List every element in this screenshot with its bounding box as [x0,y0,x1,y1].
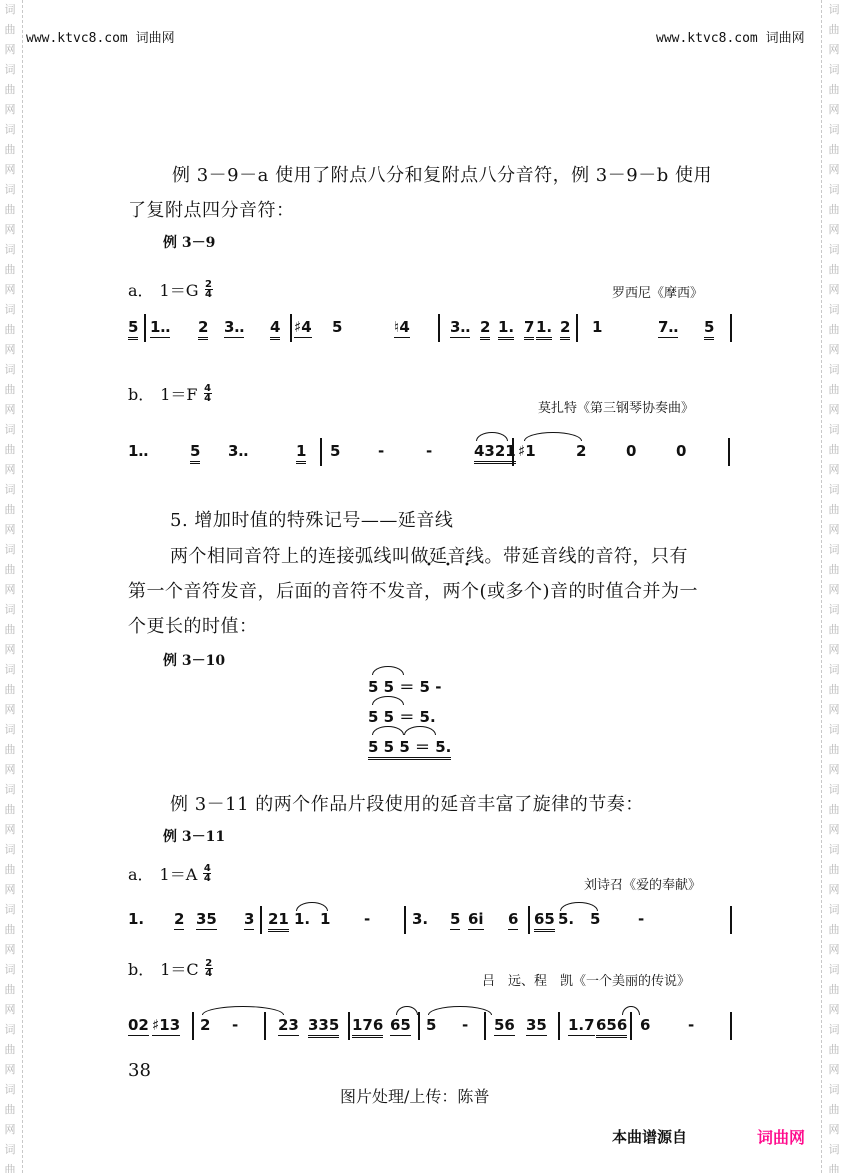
watermark-chars: 词曲网 [824,900,844,960]
note: 3 [244,910,254,930]
intro-paragraph-line2: 了复附点四分音符： [128,196,295,222]
watermark-chars: 词曲网 [824,120,844,180]
note: - [426,442,432,460]
note: 5 [330,442,340,460]
watermark-chars: 词曲网 [0,1080,20,1140]
page-number: 38 [128,1060,151,1081]
note: 3‥ [228,442,248,460]
note: 35 [196,910,217,930]
note: 65 [534,910,555,932]
watermark-chars: 词曲网 [0,780,20,840]
barline [320,438,322,466]
ex311a-prefix: a． [128,862,154,885]
tie-arc [476,432,508,441]
watermark-chars: 词曲网 [824,360,844,420]
barline [484,1012,486,1040]
note: 3. [412,910,428,928]
barline [528,906,530,934]
ex311b-composer: 吕 远、程 凯《一个美丽的传说》 [482,970,690,989]
right-watermark-strip: 词曲网 词曲网 词曲网 词曲网 词曲网 词曲网 词曲网 词曲网 词曲网 词曲网 … [824,0,844,1173]
example-3-11-intro: 例 3－11 的两个作品片段使用的延音丰富了旋律的节奏： [170,790,644,816]
note: 5 [190,442,200,464]
barline [630,1012,632,1040]
watermark-chars: 词曲网 [0,1020,20,1080]
barline [512,438,514,466]
note: 3‥ [224,318,244,338]
ex39a-time-signature: 24 [205,280,213,299]
ex39a-score-line: 5 1‥ 2 3‥ 4 ♯4 5 ♮4 3‥ 2 1. 7 1. 2 1 7‥ … [128,314,732,348]
barline [290,314,292,342]
watermark-chars: 词曲网 [824,660,844,720]
watermark-chars: 词曲网 [824,840,844,900]
note: ♮4 [394,318,410,338]
note: - [364,910,370,928]
note: - [688,1016,694,1034]
watermark-chars: 词曲 [0,1140,20,1173]
ex310-row-3: 5 5 5 ＝ 5. [368,736,451,760]
watermark-chars: 词曲网 [824,480,844,540]
watermark-chars: 词曲网 [824,180,844,240]
note: 56 [494,1016,515,1036]
watermark-chars: 词曲网 [0,300,20,360]
note: 2 [174,910,184,930]
note: 5 [450,910,460,930]
watermark-chars: 词曲网 [824,540,844,600]
barline [728,438,730,466]
watermark-chars: 词曲 [824,1140,844,1173]
ex311b-key: 1＝C [160,957,198,980]
tie-arc [404,726,436,735]
note: 1 [592,318,602,336]
ex39a-prefix: a． [128,278,154,301]
ex311a-key: 1＝A [160,862,198,885]
barline [418,1012,420,1040]
barline [264,1012,266,1040]
note: 2 [198,318,208,340]
emphasis-dot: • [464,560,470,571]
ex39a-key: 1＝G [160,278,199,301]
watermark-chars: 词曲网 [824,780,844,840]
watermark-chars: 词曲网 [824,960,844,1020]
note: - [462,1016,468,1034]
barline [192,1012,194,1040]
watermark-chars: 词曲网 [824,420,844,480]
watermark-chars: 词曲网 [0,240,20,300]
ex311b-score-line: 02 ♯13 2 - 23 335 176 65 5 - 56 35 1.7 6… [128,1012,732,1046]
note: 2 [560,318,570,340]
note: 2 [576,442,586,460]
barline [558,1012,560,1040]
tie-arc [372,666,404,675]
ex311a-key-signature: a． 1＝A 44 [128,862,211,885]
note: 7‥ [658,318,678,338]
ex311a-composer: 刘诗召《爱的奉献》 [584,874,701,893]
note: 65 [390,1016,411,1036]
note: 6 [508,910,518,930]
note: - [638,910,644,928]
note: 0 [676,442,686,460]
ex310-row-1: 5 5 ＝ 5 - [368,676,441,697]
note: 35 [526,1016,547,1036]
note: 5 [128,318,138,340]
example-3-10-label: 例 3－10 [163,650,225,670]
header-watermark-right: www.ktvc8.com 词曲网 [656,27,805,46]
note: 4 [270,318,280,340]
note: 5 [704,318,714,340]
note: - [232,1016,238,1034]
note: 5 [426,1016,436,1034]
ex39b-prefix: b． [128,382,154,405]
left-dashed-border [22,0,23,1173]
example-3-9-label: 例 3－9 [163,232,215,252]
note: 7 [524,318,534,340]
right-dashed-border [821,0,822,1173]
watermark-chars: 词曲网 [0,180,20,240]
note: ♯1 [518,442,536,460]
source-label: 本曲谱源自 [612,1126,687,1147]
note: 0 [626,442,636,460]
watermark-chars: 词曲网 [824,60,844,120]
ex39b-key: 1＝F [160,382,197,405]
barline [348,1012,350,1040]
watermark-chars: 词曲网 [0,960,20,1020]
watermark-chars: 词曲网 [0,420,20,480]
site-logo[interactable]: 词曲网 [757,1125,805,1148]
watermark-chars: 词曲网 [0,660,20,720]
upload-credit: 图片处理/上传：陈普 [340,1084,489,1107]
note: 21 [268,910,289,932]
note: 1. [294,910,310,928]
ex39a-composer: 罗西尼《摩西》 [612,282,703,301]
watermark-chars: 词曲网 [824,300,844,360]
header-watermark-left: www.ktvc8.com 词曲网 [26,27,175,46]
barline [438,314,440,342]
note: 1 [320,910,330,928]
watermark-chars: 词曲网 [0,600,20,660]
barline [260,906,262,934]
note: 5 [332,318,342,336]
section-5-paragraph-line3: 个更长的时值： [128,612,258,638]
intro-paragraph-line1: 例 3－9－a 使用了附点八分和复附点八分音符，例 3－9－b 使用 [172,161,712,187]
note: 1 [296,442,306,464]
note: - [378,442,384,460]
tie-arc [202,1006,284,1015]
watermark-chars: 词曲网 [824,1080,844,1140]
tie-arc [372,696,404,705]
barline [404,906,406,934]
note: 5. [558,910,574,928]
tie-arc [372,726,404,735]
ex311b-key-signature: b． 1＝C 24 [128,957,213,980]
ex311a-time-signature: 44 [203,864,211,883]
note: 1‥ [128,442,148,460]
note: 6i [468,910,484,930]
note: 3‥ [450,318,470,338]
watermark-chars: 词曲网 [0,540,20,600]
emphasis-dot: • [426,560,432,571]
ex311b-prefix: b． [128,957,154,980]
watermark-chars: 词曲网 [0,120,20,180]
barline [730,314,732,342]
left-watermark-strip: 词曲网 词曲网 词曲网 词曲网 词曲网 词曲网 词曲网 词曲网 词曲网 词曲网 … [0,0,20,1173]
note: 1‥ [150,318,170,338]
section-5-heading: 5. 增加时值的特殊记号——延音线 [170,506,453,532]
ex39b-composer: 莫扎特《第三钢琴协奏曲》 [538,397,694,416]
watermark-chars: 词曲网 [824,600,844,660]
watermark-chars: 词曲网 [0,480,20,540]
watermark-chars: 词曲网 [824,720,844,780]
barline [730,1012,732,1040]
note: 1.7 [568,1016,595,1036]
ex311b-time-signature: 24 [205,959,213,978]
note: 656 [596,1016,627,1038]
barline [144,314,146,342]
watermark-chars: 词曲网 [0,0,20,60]
note: 1. [128,910,144,928]
watermark-chars: 词曲网 [0,360,20,420]
watermark-chars: 词曲网 [824,1020,844,1080]
note: 2 [200,1016,210,1034]
note: 2 [480,318,490,340]
ex39a-key-signature: a． 1＝G 24 [128,278,213,301]
note: 23 [278,1016,299,1036]
example-3-11-label: 例 3－11 [163,826,225,846]
note: 1. [536,318,552,340]
tie-arc [524,432,582,441]
ex39b-time-signature: 44 [204,384,212,403]
watermark-chars: 词曲网 [824,240,844,300]
barline [730,906,732,934]
watermark-chars: 词曲网 [824,0,844,60]
watermark-chars: 词曲网 [0,60,20,120]
section-5-paragraph-line2: 第一个音符发音，后面的音符不发音，两个(或多个)音的时值合并为一 [128,577,698,603]
note: 1. [498,318,514,340]
ex310-row-2: 5 5 ＝ 5. [368,706,436,727]
emphasis-dot: • [445,560,451,571]
watermark-chars: 词曲网 [0,900,20,960]
note: 5 [590,910,600,928]
ex39b-key-signature: b． 1＝F 44 [128,382,212,405]
note: ♯4 [294,318,312,338]
ex39b-score-line: 1‥ 5 3‥ 1 5 - - 4321 ♯1 2 0 0 [128,438,732,472]
note: 6 [640,1016,650,1034]
ex311a-score-line: 1. 2 35 3 21 1. 1 - 3. 5 6i 6 65 5. 5 - [128,906,732,940]
tie-arc [396,1006,418,1015]
barline [576,314,578,342]
watermark-chars: 词曲网 [0,720,20,780]
note: ♯13 [152,1016,180,1036]
note: 4321 [474,442,516,464]
note: 02 [128,1016,149,1036]
tie-arc [428,1006,492,1015]
watermark-chars: 词曲网 [0,840,20,900]
note: 335 [308,1016,339,1038]
note: 176 [352,1016,383,1038]
